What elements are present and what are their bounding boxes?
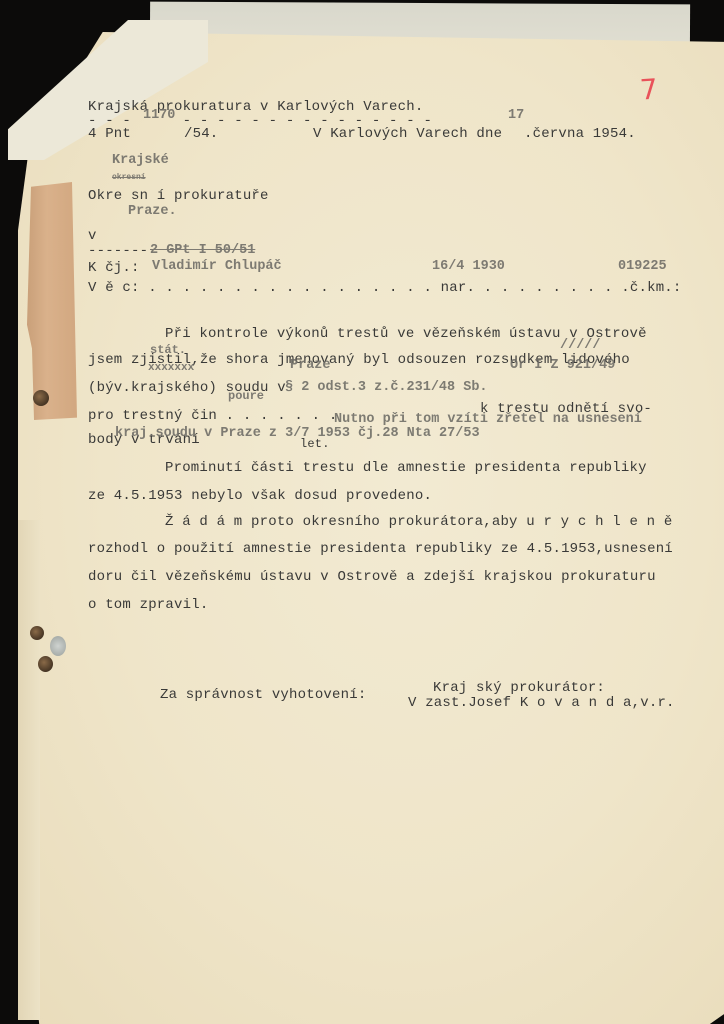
reference: 4 Pnt bbox=[88, 126, 131, 142]
punch-hole bbox=[38, 656, 53, 672]
certification-label: Za správnost vyhotovení: bbox=[160, 687, 366, 703]
reference-year: /54. bbox=[184, 126, 218, 142]
stamp-praze: Praze. bbox=[128, 204, 177, 220]
punch-hole bbox=[30, 626, 44, 640]
stamp-praze-inline: Praze bbox=[290, 358, 331, 374]
body-line: rozhodl o použití amnestie presidenta re… bbox=[88, 541, 673, 557]
signatory-name: V zast.Josef K o v a n d a,v.r. bbox=[408, 695, 675, 711]
signatory-title: Kraj ský prokurátor: bbox=[433, 680, 605, 696]
day-stamp: 17 bbox=[508, 108, 524, 124]
let-label: let. bbox=[300, 436, 330, 452]
adhesive-tape bbox=[27, 182, 77, 420]
v-label: v bbox=[88, 228, 97, 244]
paragraph-stamp: § 2 odst.3 z.č.231/48 Sb. bbox=[285, 380, 488, 396]
struck-reference: 2 GPt I 50/51 bbox=[150, 243, 255, 259]
file-number-stamp: 1170 bbox=[143, 108, 175, 124]
punch-hole bbox=[33, 390, 49, 406]
stamp-xxx: xxxxxxx bbox=[148, 360, 194, 376]
kraj-soudu-stamp: kraj.soudu v Praze z 3/7 1953 čj.28 Nta … bbox=[115, 426, 480, 442]
red-pencil-mark: 7 bbox=[639, 72, 659, 106]
body-line: doru čil vězeňskému ústavu v Ostrově a z… bbox=[88, 569, 656, 585]
meta-dashes: ------- bbox=[88, 243, 148, 259]
body-line: o tom zpravil. bbox=[88, 597, 208, 613]
body-line: pro trestný čin . . . . . . . bbox=[88, 408, 337, 424]
addressee-line: Okre sn í prokuratuře bbox=[88, 188, 269, 204]
page-left-edge bbox=[18, 520, 40, 1020]
subject-line: V ě c: . . . . . . . . . . . . . . . . .… bbox=[88, 280, 682, 296]
id-stamp: 019225 bbox=[618, 259, 667, 275]
body-line: Prominutí části trestu dle amnestie pres… bbox=[165, 460, 647, 476]
place-date-label: V Karlových Varech dne bbox=[313, 126, 502, 142]
case-ref-stamp: Or I Z 921/49 bbox=[510, 358, 615, 374]
stamp-stat: stát. bbox=[150, 342, 186, 358]
birth-date-stamp: 16/4 1930 bbox=[432, 259, 505, 275]
kcj-label: K čj.: bbox=[88, 260, 140, 276]
name-stamp: Vladimír Chlupáč bbox=[152, 259, 282, 275]
punch-hole bbox=[50, 636, 66, 656]
stamp-poure: poure bbox=[228, 388, 264, 404]
date: .června 1954. bbox=[524, 126, 636, 142]
struck-okresni: okresní bbox=[112, 170, 146, 186]
body-line: Ž á d á m proto okresního prokurátora,ab… bbox=[165, 514, 672, 530]
stamp-krajske: Krajské bbox=[112, 153, 169, 169]
body-line: ze 4.5.1953 nebylo však dosud provedeno. bbox=[88, 488, 432, 504]
